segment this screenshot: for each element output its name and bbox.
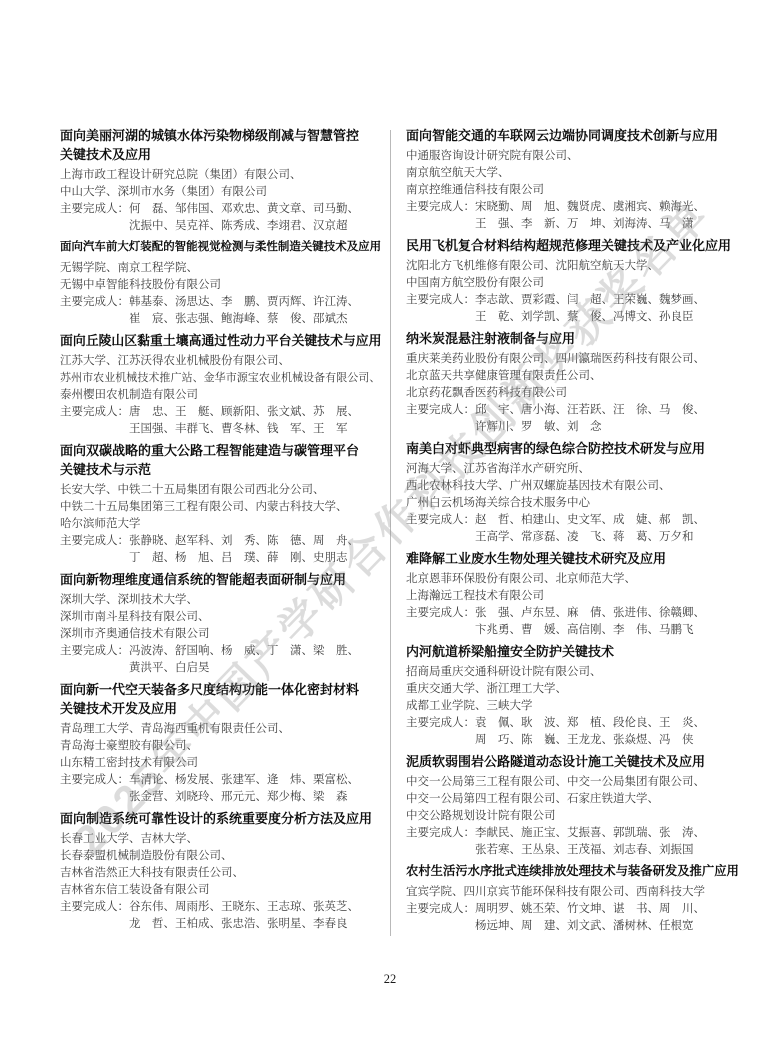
organization-line: 吉林省东信工装设备有限公司 <box>60 882 384 899</box>
organization-line: 苏州市农业机械技术推广站、金华市源宝农业机械设备有限公司、 <box>60 370 384 387</box>
organization-line: 深圳市齐奥通信技术有限公司 <box>60 626 384 643</box>
organization-line: 长春工业大学、吉林大学、 <box>60 831 384 848</box>
column-divider <box>390 130 391 936</box>
organization-line: 中通服咨询设计研究院有限公司、 <box>406 148 742 165</box>
contributors-line: 张若寒、王丛泉、王茂福、刘志春、刘振国 <box>406 842 742 859</box>
entry-title-line: 关键技术开发及应用 <box>60 699 384 718</box>
contributors-line: 卞兆勇、曹 媛、高信刚、李 伟、马鹏飞 <box>406 622 742 639</box>
entry-title-line: 关键技术及应用 <box>60 145 384 164</box>
award-entry: 内河航道桥梁船撞安全防护关键技术招商局重庆交通科研设计院有限公司、重庆交通大学、… <box>406 642 742 749</box>
contributors-line: 主要完成人：赵 哲、柏建山、史文军、成 婕、郝 凯、 <box>406 512 742 529</box>
award-entry: 面向新物理维度通信系统的智能超表面研制与应用深圳大学、深圳技术大学、深圳市南斗星… <box>60 570 384 677</box>
organization-line: 吉林省浩然正大科技有限责任公司、 <box>60 865 384 882</box>
contributors-line: 崔 宸、张志强、鲍海峰、蔡 俊、邵斌杰 <box>60 311 384 328</box>
award-entry: 面向智能交通的车联网云边端协同调度技术创新与应用中通服咨询设计研究院有限公司、南… <box>406 126 742 233</box>
contributors-line: 主要完成人：谷东伟、周雨彤、王晓东、王志琼、张英芝、 <box>60 899 384 916</box>
contributors-line: 王高学、常彦磊、凌 飞、蒋 葛、万夕和 <box>406 529 742 546</box>
organization-line: 江苏大学、江苏沃得农业机械股份有限公司、 <box>60 353 384 370</box>
entry-title: 面向汽车前大灯装配的智能视觉检测与柔性制造关键技术及应用 <box>60 238 384 257</box>
organization-line: 长安大学、中铁二十五局集团有限公司西北分公司、 <box>60 482 384 499</box>
contributors-line: 周 巧、陈 巍、王龙龙、张焱煜、冯 侠 <box>406 732 742 749</box>
organization-line: 无锡学院、南京工程学院、 <box>60 260 384 277</box>
contributors-line: 王 乾、刘学凯、蔡 俊、冯博文、孙良臣 <box>406 309 742 326</box>
organization-line: 重庆莱美药业股份有限公司、四川瀛瑞医药科技有限公司、 <box>406 351 742 368</box>
contributors-line: 主要完成人：何 磊、邹伟国、邓欢忠、黄文章、司马勤、 <box>60 201 384 218</box>
entry-title-line: 面向新一代空天装备多尺度结构功能一体化密封材料 <box>60 680 384 699</box>
contributors-line: 许辉川、罗 敏、刘 念 <box>406 419 742 436</box>
organization-line: 中交公路规划设计院有限公司 <box>406 808 742 825</box>
entry-title: 面向智能交通的车联网云边端协同调度技术创新与应用 <box>406 126 742 145</box>
entry-title: 难降解工业废水生物处理关键技术研究及应用 <box>406 549 742 568</box>
organization-line: 深圳市南斗星科技有限公司、 <box>60 609 384 626</box>
award-entry: 南美白对虾典型病害的绿色综合防控技术研发与应用河海大学、江苏省海洋水产研究所、西… <box>406 439 742 546</box>
contributors-line: 主要完成人：车清论、杨发展、张建军、逄 炜、栗富松、 <box>60 772 384 789</box>
entry-title-line: 面向汽车前大灯装配的智能视觉检测与柔性制造关键技术及应用 <box>60 238 384 257</box>
contributors-line: 主要完成人：冯波涛、舒国响、杨 威、丁 潇、梁 胜、 <box>60 643 384 660</box>
organization-line: 中交一公局第三工程有限公司、中交一公局集团有限公司、 <box>406 774 742 791</box>
organization-line: 北京蓝天共享健康管理有限责任公司、 <box>406 368 742 385</box>
organization-line: 上海瀚远工程技术有限公司 <box>406 588 742 605</box>
award-entry: 难降解工业废水生物处理关键技术研究及应用北京恩菲环保股份有限公司、北京师范大学、… <box>406 549 742 639</box>
organization-line: 沈阳北方飞机维修有限公司、沈阳航空航天大学、 <box>406 258 742 275</box>
entry-title-line: 关键技术与示范 <box>60 460 384 479</box>
award-entry: 纳米炭混悬注射液制备与应用重庆莱美药业股份有限公司、四川瀛瑞医药科技有限公司、北… <box>406 329 742 436</box>
organization-line: 重庆交通大学、浙江理工大学、 <box>406 681 742 698</box>
contributors-line: 丁 超、杨 旭、吕 璞、薛 刚、史朋志 <box>60 550 384 567</box>
organization-line: 北京恩菲环保股份有限公司、北京师范大学、 <box>406 571 742 588</box>
entry-title-line: 面向智能交通的车联网云边端协同调度技术创新与应用 <box>406 126 742 145</box>
entry-title: 南美白对虾典型病害的绿色综合防控技术研发与应用 <box>406 439 742 458</box>
entry-title: 面向丘陵山区黏重土壤高通过性动力平台关键技术与应用 <box>60 331 384 350</box>
award-entry: 面向制造系统可靠性设计的系统重要度分析方法及应用长春工业大学、吉林大学、长春泰盟… <box>60 809 384 933</box>
organization-line: 中山大学、深圳市水务（集团）有限公司 <box>60 184 384 201</box>
award-entry: 面向新一代空天装备多尺度结构功能一体化密封材料关键技术开发及应用青岛理工大学、青… <box>60 680 384 806</box>
entry-title: 泥质软弱围岩公路隧道动态设计施工关键技术及应用 <box>406 752 742 771</box>
award-entry: 面向汽车前大灯装配的智能视觉检测与柔性制造关键技术及应用无锡学院、南京工程学院、… <box>60 238 384 328</box>
entry-title-line: 农村生活污水序批式连续排放处理技术与装备研发及推广应用 <box>406 862 742 881</box>
entry-title: 面向新物理维度通信系统的智能超表面研制与应用 <box>60 570 384 589</box>
contributors-line: 王 强、李 新、万 坤、刘海涛、马 潇 <box>406 216 742 233</box>
contributors-line: 主要完成人：周明罗、姚丕荣、竹文坤、谌 书、周 川、 <box>406 901 742 918</box>
contributors-line: 主要完成人：张静晓、赵军科、刘 秀、陈 德、周 舟、 <box>60 533 384 550</box>
entry-title-line: 面向双碳战略的重大公路工程智能建造与碳管理平台 <box>60 441 384 460</box>
entry-title-line: 泥质软弱围岩公路隧道动态设计施工关键技术及应用 <box>406 752 742 771</box>
organization-line: 中国南方航空股份有限公司 <box>406 275 742 292</box>
award-entry: 泥质软弱围岩公路隧道动态设计施工关键技术及应用中交一公局第三工程有限公司、中交一… <box>406 752 742 859</box>
award-entry: 农村生活污水序批式连续排放处理技术与装备研发及推广应用宜宾学院、四川京宾节能环保… <box>406 862 742 935</box>
contributors-line: 张金营、刘晓玲、邢元元、郑少梅、梁 森 <box>60 789 384 806</box>
award-entry: 面向双碳战略的重大公路工程智能建造与碳管理平台关键技术与示范长安大学、中铁二十五… <box>60 441 384 567</box>
entry-title: 面向制造系统可靠性设计的系统重要度分析方法及应用 <box>60 809 384 828</box>
organization-line: 哈尔滨师范大学 <box>60 516 384 533</box>
left-column: 面向美丽河湖的城镇水体污染物梯级削减与智慧管控关键技术及应用上海市政工程设计研究… <box>60 126 384 936</box>
award-entry: 面向丘陵山区黏重土壤高通过性动力平台关键技术与应用江苏大学、江苏沃得农业机械股份… <box>60 331 384 438</box>
contributors-line: 杨远坤、周 建、刘文武、潘树林、任根宽 <box>406 918 742 935</box>
organization-line: 广州白云机场海关综合技术服务中心 <box>406 495 742 512</box>
document-page: 2025年中国产学研合作科技创新奖获奖名单 面向美丽河湖的城镇水体污染物梯级削减… <box>0 0 780 1050</box>
award-entry: 面向美丽河湖的城镇水体污染物梯级削减与智慧管控关键技术及应用上海市政工程设计研究… <box>60 126 384 235</box>
entry-title-line: 纳米炭混悬注射液制备与应用 <box>406 329 742 348</box>
contributors-line: 主要完成人：韩基泰、汤思达、李 鹏、贾丙辉、许江涛、 <box>60 294 384 311</box>
contributors-line: 主要完成人：张 强、卢东昱、麻 倩、张进伟、徐赣卿、 <box>406 605 742 622</box>
award-entry: 民用飞机复合材料结构超规范修理关键技术及产业化应用沈阳北方飞机维修有限公司、沈阳… <box>406 236 742 326</box>
contributors-line: 沈振中、吴克祥、陈秀成、李翊君、汉京超 <box>60 218 384 235</box>
organization-line: 招商局重庆交通科研设计院有限公司、 <box>406 664 742 681</box>
contributors-line: 主要完成人：宋晓勤、周 旭、魏贤虎、虞湘宾、赖海光、 <box>406 199 742 216</box>
entry-title: 面向美丽河湖的城镇水体污染物梯级削减与智慧管控关键技术及应用 <box>60 126 384 164</box>
organization-line: 南京航空航天大学、 <box>406 165 742 182</box>
entry-title-line: 面向美丽河湖的城镇水体污染物梯级削减与智慧管控 <box>60 126 384 145</box>
contributors-line: 主要完成人：唐 忠、王 艇、顾新阳、张文斌、苏 展、 <box>60 404 384 421</box>
entry-title: 内河航道桥梁船撞安全防护关键技术 <box>406 642 742 661</box>
organization-line: 宜宾学院、四川京宾节能环保科技有限公司、西南科技大学 <box>406 884 742 901</box>
organization-line: 深圳大学、深圳技术大学、 <box>60 592 384 609</box>
page-number: 22 <box>0 972 780 987</box>
entry-title: 纳米炭混悬注射液制备与应用 <box>406 329 742 348</box>
entry-title-line: 南美白对虾典型病害的绿色综合防控技术研发与应用 <box>406 439 742 458</box>
entry-title: 面向新一代空天装备多尺度结构功能一体化密封材料关键技术开发及应用 <box>60 680 384 718</box>
right-column: 面向智能交通的车联网云边端协同调度技术创新与应用中通服咨询设计研究院有限公司、南… <box>406 126 742 938</box>
contributors-line: 龙 哲、王柏成、张忠浩、张明星、李春良 <box>60 916 384 933</box>
entry-title-line: 面向制造系统可靠性设计的系统重要度分析方法及应用 <box>60 809 384 828</box>
entry-title: 面向双碳战略的重大公路工程智能建造与碳管理平台关键技术与示范 <box>60 441 384 479</box>
entry-title-line: 民用飞机复合材料结构超规范修理关键技术及产业化应用 <box>406 236 742 255</box>
entry-title-line: 面向新物理维度通信系统的智能超表面研制与应用 <box>60 570 384 589</box>
organization-line: 中交一公局第四工程有限公司、石家庄铁道大学、 <box>406 791 742 808</box>
organization-line: 无锡中卓智能科技股份有限公司 <box>60 277 384 294</box>
contributors-line: 主要完成人：李献民、施正宝、艾振喜、郭凯瑞、张 涛、 <box>406 825 742 842</box>
organization-line: 上海市政工程设计研究总院（集团）有限公司、 <box>60 167 384 184</box>
organization-line: 青岛海士豪塑胶有限公司、 <box>60 738 384 755</box>
entry-title-line: 内河航道桥梁船撞安全防护关键技术 <box>406 642 742 661</box>
contributors-line: 王国强、丰群飞、曹冬林、钱 军、王 军 <box>60 421 384 438</box>
entry-title-line: 面向丘陵山区黏重土壤高通过性动力平台关键技术与应用 <box>60 331 384 350</box>
contributors-line: 主要完成人：袁 佩、耿 波、郑 植、段伦良、王 炎、 <box>406 715 742 732</box>
entry-title: 农村生活污水序批式连续排放处理技术与装备研发及推广应用 <box>406 862 742 881</box>
entry-title-line: 难降解工业废水生物处理关键技术研究及应用 <box>406 549 742 568</box>
organization-line: 成都工业学院、三峡大学 <box>406 698 742 715</box>
organization-line: 泰州樱田农机制造有限公司 <box>60 387 384 404</box>
organization-line: 长春泰盟机械制造股份有限公司、 <box>60 848 384 865</box>
contributors-line: 黄洪平、白启昊 <box>60 660 384 677</box>
organization-line: 西北农林科技大学、广州双螺旋基因技术有限公司、 <box>406 478 742 495</box>
contributors-line: 主要完成人：李志歆、贾彩霞、闫 超、王荣巍、魏梦画、 <box>406 292 742 309</box>
organization-line: 山东精工密封技术有限公司 <box>60 755 384 772</box>
organization-line: 青岛理工大学、青岛海西重机有限责任公司、 <box>60 721 384 738</box>
organization-line: 中铁二十五局集团第三工程有限公司、内蒙古科技大学、 <box>60 499 384 516</box>
organization-line: 南京控维通信科技有限公司 <box>406 182 742 199</box>
contributors-line: 主要完成人：邱 宇、唐小海、汪若跃、汪 徐、马 俊、 <box>406 402 742 419</box>
organization-line: 北京药花飘香医药科技有限公司 <box>406 385 742 402</box>
entry-title: 民用飞机复合材料结构超规范修理关键技术及产业化应用 <box>406 236 742 255</box>
organization-line: 河海大学、江苏省海洋水产研究所、 <box>406 461 742 478</box>
